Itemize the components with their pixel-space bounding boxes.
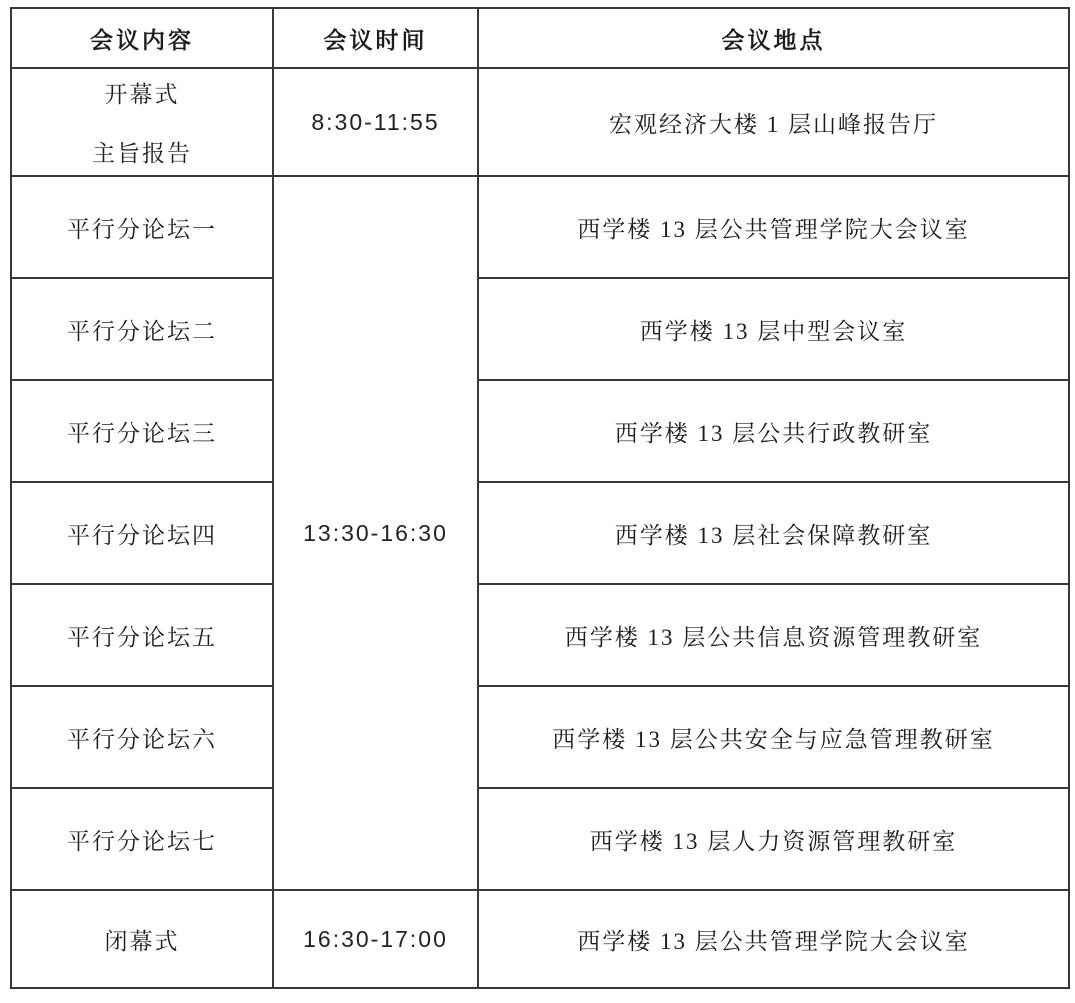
- header-cell-location: 会议地点: [478, 8, 1069, 68]
- session-name-cell: 平行分论坛二: [11, 278, 273, 380]
- session-location-cell: 西学楼 13 层社会保障教研室: [478, 482, 1069, 584]
- header-cell-content: 会议内容: [11, 8, 273, 68]
- session-location-cell: 西学楼 13 层公共安全与应急管理教研室: [478, 686, 1069, 788]
- header-cell-time: 会议时间: [273, 8, 478, 68]
- table-row-forum-4: 平行分论坛四 西学楼 13 层社会保障教研室: [11, 482, 1069, 584]
- session-location-cell: 西学楼 13 层公共信息资源管理教研室: [478, 584, 1069, 686]
- session-location-cell: 宏观经济大楼 1 层山峰报告厅: [478, 68, 1069, 176]
- table-header-row: 会议内容 会议时间 会议地点: [11, 8, 1069, 68]
- table-row-forum-1: 平行分论坛一 13:30-16:30 西学楼 13 层公共管理学院大会议室: [11, 176, 1069, 278]
- session-name-cell: 闭幕式: [11, 890, 273, 988]
- table-row-closing: 闭幕式 16:30-17:00 西学楼 13 层公共管理学院大会议室: [11, 890, 1069, 988]
- session-name-cell: 开幕式 主旨报告: [11, 68, 273, 176]
- session-location-cell: 西学楼 13 层公共管理学院大会议室: [478, 890, 1069, 988]
- session-name-cell: 平行分论坛四: [11, 482, 273, 584]
- session-name-cell: 平行分论坛六: [11, 686, 273, 788]
- table-row-forum-6: 平行分论坛六 西学楼 13 层公共安全与应急管理教研室: [11, 686, 1069, 788]
- session-name-cell: 平行分论坛一: [11, 176, 273, 278]
- session-location-cell: 西学楼 13 层公共行政教研室: [478, 380, 1069, 482]
- conference-schedule-table: 会议内容 会议时间 会议地点 开幕式 主旨报告 8:30-11:55 宏观经济大…: [10, 7, 1070, 989]
- session-time-cell: 8:30-11:55: [273, 68, 478, 176]
- table-row-forum-5: 平行分论坛五 西学楼 13 层公共信息资源管理教研室: [11, 584, 1069, 686]
- document-page: 会议内容 会议时间 会议地点 开幕式 主旨报告 8:30-11:55 宏观经济大…: [0, 0, 1075, 1003]
- table-row-forum-3: 平行分论坛三 西学楼 13 层公共行政教研室: [11, 380, 1069, 482]
- session-name-cell: 平行分论坛五: [11, 584, 273, 686]
- session-name-line: 主旨报告: [12, 135, 272, 168]
- session-time-cell: 16:30-17:00: [273, 890, 478, 988]
- session-location-cell: 西学楼 13 层中型会议室: [478, 278, 1069, 380]
- table-row-forum-2: 平行分论坛二 西学楼 13 层中型会议室: [11, 278, 1069, 380]
- table-row-opening: 开幕式 主旨报告 8:30-11:55 宏观经济大楼 1 层山峰报告厅: [11, 68, 1069, 176]
- session-location-cell: 西学楼 13 层人力资源管理教研室: [478, 788, 1069, 890]
- session-name-line: 开幕式: [12, 76, 272, 109]
- session-name-cell: 平行分论坛七: [11, 788, 273, 890]
- session-name-cell: 平行分论坛三: [11, 380, 273, 482]
- table-row-forum-7: 平行分论坛七 西学楼 13 层人力资源管理教研室: [11, 788, 1069, 890]
- session-time-cell-merged: 13:30-16:30: [273, 176, 478, 890]
- session-location-cell: 西学楼 13 层公共管理学院大会议室: [478, 176, 1069, 278]
